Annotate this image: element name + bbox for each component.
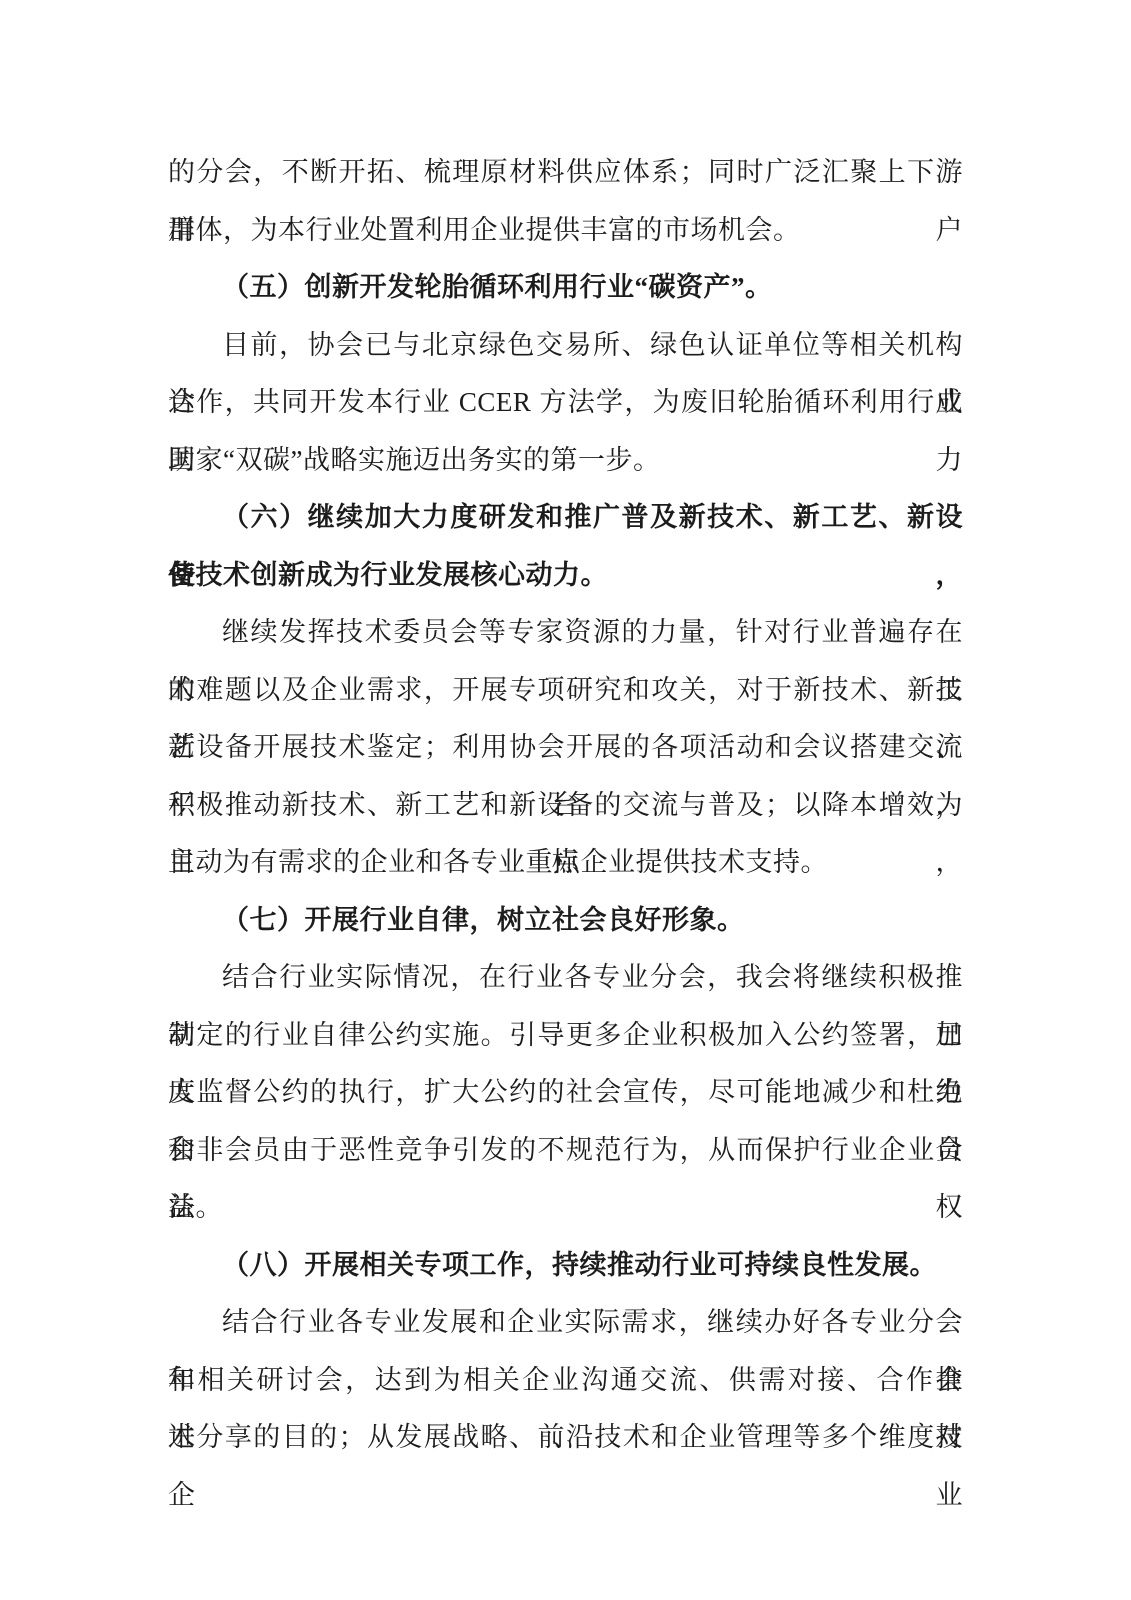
document-page: 的分会，不断开拓、梳理原材料供应体系；同时广泛汇聚上下游用户 群体，为本行业处置… xyxy=(0,0,1131,1600)
document-text-block: 的分会，不断开拓、梳理原材料供应体系；同时广泛汇聚上下游用户 群体，为本行业处置… xyxy=(168,144,963,1467)
section-heading-line: （六）继续加大力度研发和推广普及新技术、新工艺、新设备， xyxy=(168,489,963,547)
paragraph-line: 制定的行业自律公约实施。引导更多企业积极加入公约签署，加大力 xyxy=(168,1007,963,1065)
paragraph-line: 新设备开展技术鉴定；利用协会开展的各项活动和会议搭建交流平台， xyxy=(168,719,963,777)
paragraph-line: 术分享的目的；从发展战略、前沿技术和企业管理等多个维度对企业 xyxy=(168,1409,963,1467)
paragraph-line: 结合行业实际情况，在行业各专业分会，我会将继续积极推动已 xyxy=(168,949,963,1007)
paragraph-line: 结合行业各专业发展和企业实际需求，继续办好各专业分会年会 xyxy=(168,1294,963,1352)
paragraph-line: 度监督公约的执行，扩大公约的社会宣传，尽可能地减少和杜绝会员 xyxy=(168,1064,963,1122)
section-heading-line: （七）开展行业自律，树立社会良好形象。 xyxy=(168,892,963,950)
paragraph-line: 的分会，不断开拓、梳理原材料供应体系；同时广泛汇聚上下游用户 xyxy=(168,144,963,202)
section-heading-line: （八）开展相关专项工作，持续推动行业可持续良性发展。 xyxy=(168,1237,963,1295)
paragraph-line: 术难题以及企业需求，开展专项研究和攻关，对于新技术、新工艺、 xyxy=(168,662,963,720)
paragraph-line: 继续发挥技术委员会等专家资源的力量，针对行业普遍存在的技 xyxy=(168,604,963,662)
paragraph-line: 合作，共同开发本行业 CCER 方法学，为废旧轮胎循环利用行业助力 xyxy=(168,374,963,432)
paragraph-line: 和非会员由于恶性竞争引发的不规范行为，从而保护行业企业合法权 xyxy=(168,1122,963,1180)
paragraph-line: 和相关研讨会，达到为相关企业沟通交流、供需对接、合作推进、技 xyxy=(168,1352,963,1410)
section-heading-line: （五）创新开发轮胎循环利用行业“碳资产”。 xyxy=(168,259,963,317)
paragraph-line: 积极推动新技术、新工艺和新设备的交流与普及；以降本增效为目标， xyxy=(168,777,963,835)
paragraph-line: 目前，协会已与北京绿色交易所、绿色认证单位等相关机构达成 xyxy=(168,317,963,375)
